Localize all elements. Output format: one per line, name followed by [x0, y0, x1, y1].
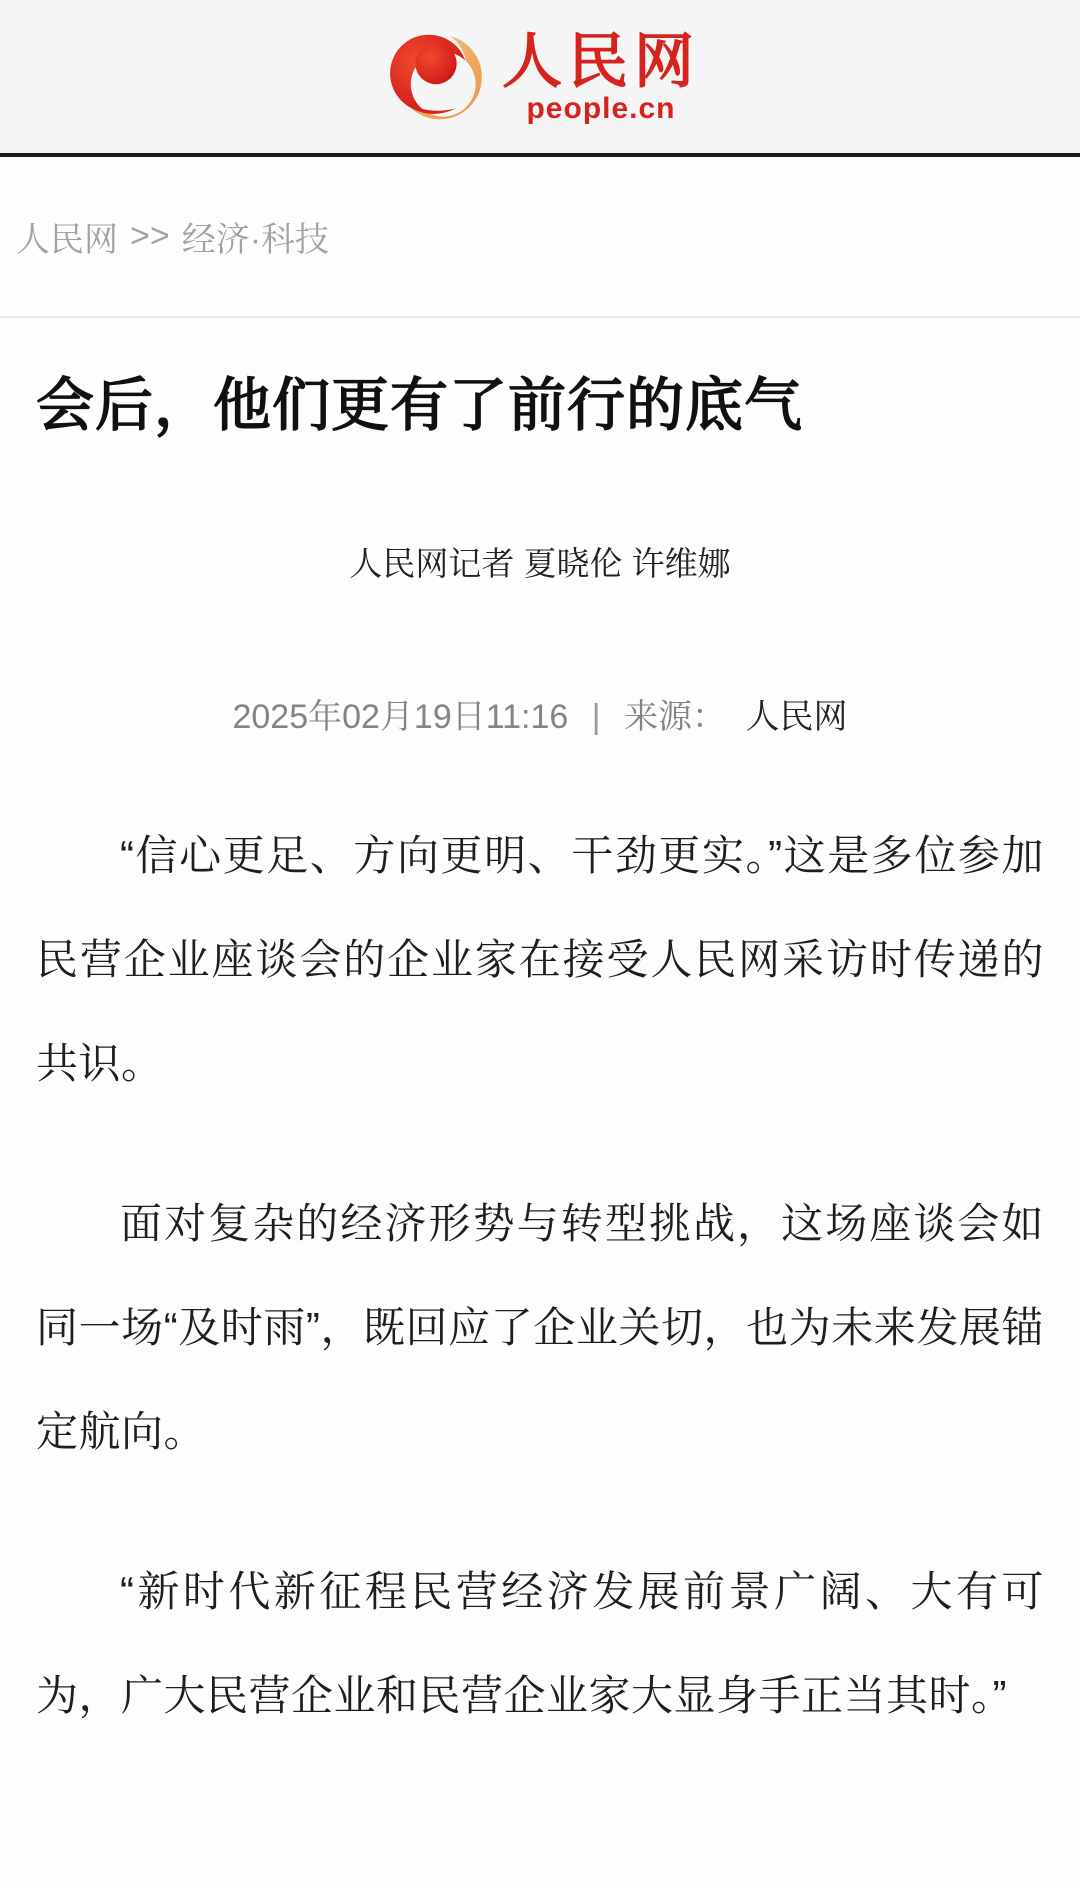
publish-datetime: 2025年02月19日11:16 [232, 698, 568, 736]
article: 会后，他们更有了前行的底气 人民网记者 夏晓伦 许维娜 2025年02月19日1… [0, 370, 1080, 1748]
breadcrumb: 人民网 >> 经济·科技 [0, 157, 1080, 318]
article-body: “信心更足、方向更明、干劲更实。”这是多位参加民营企业座谈会的企业家在接受人民网… [36, 804, 1044, 1748]
logo-cn-text: 人民网 [502, 29, 700, 95]
article-paragraph: “新时代新征程民营经济发展前景广阔、大有可为，广大民营企业和民营企业家大显身手正… [36, 1540, 1044, 1748]
breadcrumb-section-link[interactable]: 经济·科技 [182, 212, 329, 261]
logo-en-text: people.cn [526, 93, 675, 125]
people-cn-logo-icon [380, 23, 492, 131]
article-dateline: 2025年02月19日11:16 | 来源： 人民网 [36, 696, 1044, 738]
article-paragraph: “信心更足、方向更明、干劲更实。”这是多位参加民营企业座谈会的企业家在接受人民网… [36, 804, 1044, 1116]
article-paragraph: 面对复杂的经济形势与转型挑战，这场座谈会如同一场“及时雨”，既回应了企业关切，也… [36, 1172, 1044, 1484]
source-name-link[interactable]: 人民网 [746, 698, 848, 736]
article-byline: 人民网记者 夏晓伦 许维娜 [36, 542, 1044, 586]
dateline-divider: | [592, 698, 601, 736]
source-label: 来源： [624, 698, 726, 736]
site-header: 人民网 people.cn [0, 0, 1080, 157]
people-cn-logo[interactable]: 人民网 people.cn [380, 23, 700, 131]
breadcrumb-separator: >> [130, 217, 170, 256]
article-title: 会后，他们更有了前行的底气 [36, 370, 1044, 442]
breadcrumb-site-link[interactable]: 人民网 [16, 212, 118, 261]
logo-text-block: 人民网 people.cn [502, 29, 700, 125]
